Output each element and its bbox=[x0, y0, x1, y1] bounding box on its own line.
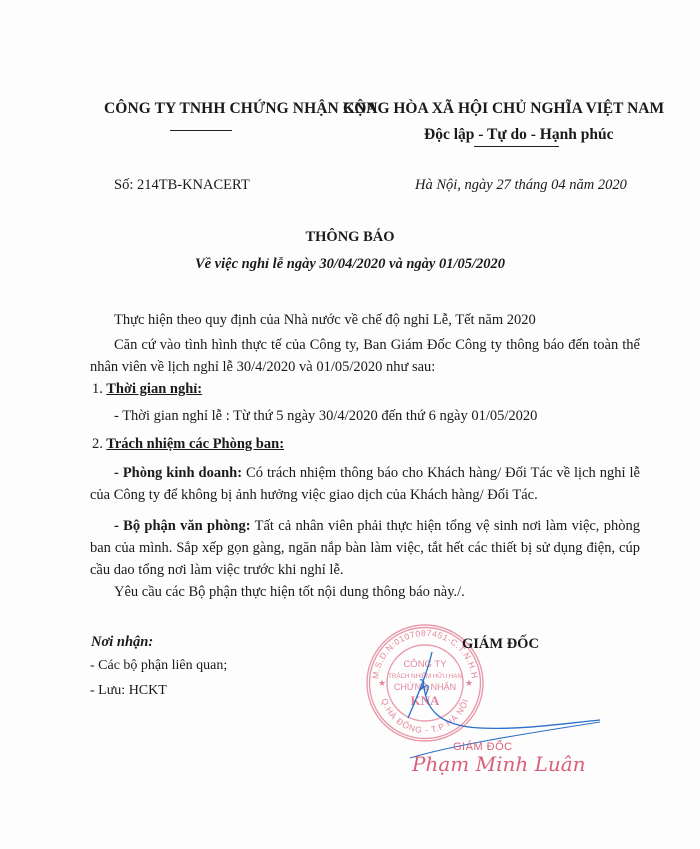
svg-text:KNA: KNA bbox=[411, 693, 441, 708]
section-heading-text: Thời gian nghỉ: bbox=[106, 381, 202, 397]
section-2-heading: 2. Trách nhiệm các Phòng ban: bbox=[92, 433, 642, 455]
national-motto: Độc lập - Tự do - Hạnh phúc bbox=[424, 126, 613, 144]
national-title: CỘNG HÒA XÃ HỘI CHỦ NGHĨA VIỆT NAM bbox=[343, 100, 664, 118]
document-page: CÔNG TY TNHH CHỨNG NHẬN KNA CỘNG HÒA XÃ … bbox=[0, 0, 700, 849]
recipients-title: Nơi nhận: bbox=[91, 634, 153, 651]
document-title: THÔNG BÁO bbox=[0, 229, 700, 246]
svg-text:★: ★ bbox=[465, 678, 473, 688]
section-1-item: - Thời gian nghỉ lễ : Từ thứ 5 ngày 30/4… bbox=[90, 405, 640, 427]
svg-text:★: ★ bbox=[378, 678, 386, 688]
intro-paragraph-1: Thực hiện theo quy định của Nhà nước về … bbox=[90, 309, 640, 331]
signer-name: Phạm Minh Luân bbox=[412, 752, 586, 776]
svg-text:CÔNG TY: CÔNG TY bbox=[403, 659, 447, 670]
recipient-item: - Các bộ phận liên quan; bbox=[90, 658, 227, 674]
svg-text:CHỨNG NHẬN: CHỨNG NHẬN bbox=[394, 682, 456, 692]
recipient-item: - Lưu: HCKT bbox=[90, 683, 167, 699]
section-2-item-office: - Bộ phận văn phòng: Tất cả nhân viên ph… bbox=[90, 515, 640, 581]
place-date: Hà Nội, ngày 27 tháng 04 năm 2020 bbox=[415, 177, 627, 194]
section-2-item-sales: - Phòng kinh doanh: Có trách nhiệm thông… bbox=[90, 462, 640, 506]
company-name-underline bbox=[170, 130, 232, 131]
item-lead: - Bộ phận văn phòng: bbox=[114, 518, 251, 534]
closing-paragraph: Yêu cầu các Bộ phận thực hiện tốt nội du… bbox=[90, 581, 640, 603]
document-subtitle: Về việc nghỉ lễ ngày 30/04/2020 và ngày … bbox=[0, 256, 700, 273]
intro-paragraph-2: Căn cứ vào tình hình thực tế của Công ty… bbox=[90, 334, 640, 378]
section-heading-text: Trách nhiệm các Phòng ban: bbox=[106, 436, 284, 452]
section-number: 1. bbox=[92, 381, 103, 397]
section-number: 2. bbox=[92, 436, 103, 452]
item-lead: - Phòng kinh doanh: bbox=[114, 465, 242, 481]
reference-number: Số: 214TB-KNACERT bbox=[114, 177, 250, 194]
section-1-heading: 1. Thời gian nghỉ: bbox=[92, 378, 642, 400]
svg-text:TRÁCH NHIỆM HỮU HẠN: TRÁCH NHIỆM HỮU HẠN bbox=[388, 672, 462, 680]
signature-title: GIÁM ĐỐC bbox=[462, 636, 539, 653]
company-name: CÔNG TY TNHH CHỨNG NHẬN KNA bbox=[104, 100, 378, 118]
motto-underline bbox=[474, 146, 559, 147]
